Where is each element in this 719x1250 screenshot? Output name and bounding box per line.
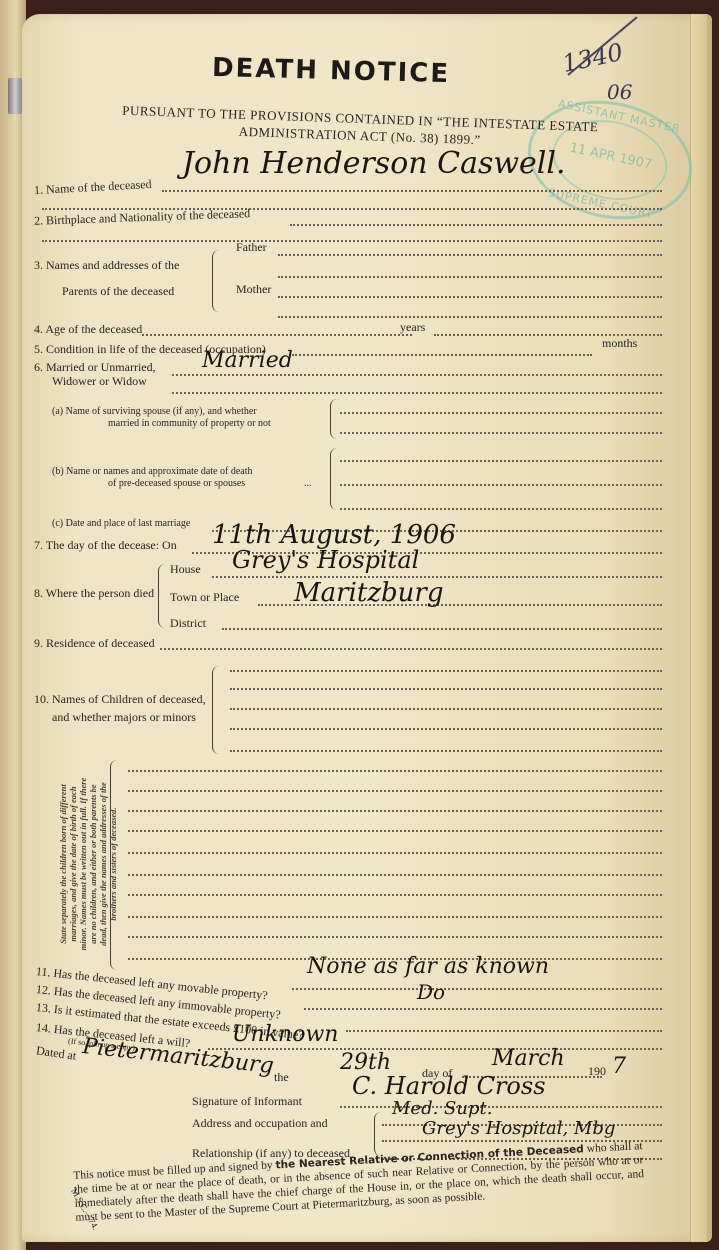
address-value-1[interactable]: Med. Supt. <box>392 1098 492 1119</box>
address-label: Address and occupation and <box>192 1116 328 1131</box>
father-field[interactable] <box>278 254 662 256</box>
signature-field[interactable] <box>340 1106 662 1108</box>
house-label: House <box>170 562 201 577</box>
extra-child-field-2[interactable] <box>128 790 662 792</box>
name-label: 1. Name of the deceased <box>34 177 152 198</box>
immovable-field[interactable] <box>304 1008 662 1010</box>
extra-children-brace <box>110 760 117 970</box>
spouse-b-label-1: (b) Name or names and approximate date o… <box>52 466 252 477</box>
death-notice-page: DEATH NOTICE 1340 06 ASSISTANT MASTER 11… <box>22 14 712 1242</box>
dated-the-label: the <box>274 1070 289 1085</box>
page-edge <box>690 14 708 1242</box>
marital-label-2: Widower or Widow <box>52 374 147 389</box>
where-died-brace <box>158 564 165 628</box>
marital-field[interactable] <box>172 374 662 376</box>
birthplace-field[interactable] <box>290 224 662 226</box>
age-years-field[interactable] <box>142 334 412 336</box>
children-instruction-note: State separately the children born of di… <box>58 774 118 954</box>
mother-label: Mother <box>236 282 271 297</box>
spouse-a-field-2[interactable] <box>340 432 662 434</box>
residence-field[interactable] <box>160 648 662 650</box>
extra-child-field-9[interactable] <box>128 936 662 938</box>
district-field[interactable] <box>222 628 662 630</box>
dated-month[interactable]: March <box>492 1046 565 1071</box>
spouse-b-field[interactable] <box>340 460 662 462</box>
marital-label-1: 6. Married or Unmarried, <box>34 360 156 375</box>
spouse-b-brace <box>330 448 337 510</box>
parents-label-1: 3. Names and addresses of the <box>34 258 179 273</box>
spouse-b-field-3[interactable] <box>340 508 662 510</box>
movable-field[interactable] <box>292 988 662 990</box>
town-label: Town or Place <box>170 590 239 605</box>
extra-child-field-5[interactable] <box>128 852 662 854</box>
year-suffix[interactable]: 7 <box>612 1054 626 1079</box>
extra-child-field-1[interactable] <box>128 770 662 772</box>
extra-child-field-8[interactable] <box>128 916 662 918</box>
spouse-b-label-2: of pre-deceased spouse or spouses <box>108 478 245 489</box>
residence-label: 9. Residence of deceased <box>34 636 155 651</box>
age-label: 4. Age of the deceased <box>34 322 142 337</box>
marital-field-2[interactable] <box>172 392 662 394</box>
child-field-3[interactable] <box>230 708 662 710</box>
occupation-field[interactable] <box>292 354 592 356</box>
signature-value[interactable]: C. Harold Cross <box>352 1072 546 1100</box>
extra-child-field-4[interactable] <box>128 830 662 832</box>
spouse-a-field[interactable] <box>340 412 662 414</box>
footer-instructions: This notice must be filled up and signed… <box>73 1139 645 1225</box>
spouse-a-label-2: married in community of property or not <box>108 418 271 429</box>
child-field-4[interactable] <box>230 728 662 730</box>
name-field[interactable]: John Henderson Caswell. <box>182 146 566 181</box>
marital-value[interactable]: Married <box>202 348 293 373</box>
child-field-2[interactable] <box>230 688 662 690</box>
extra-child-field-7[interactable] <box>128 894 662 896</box>
mother-field[interactable] <box>278 296 662 298</box>
address-brace <box>374 1112 381 1156</box>
spouse-a-brace <box>330 399 337 439</box>
marriage-c-label: (c) Date and place of last marriage <box>52 518 190 529</box>
parents-label-2: Parents of the deceased <box>62 284 174 299</box>
child-field-1[interactable] <box>230 670 662 672</box>
children-label-2: and whether majors or minors <box>52 710 196 725</box>
birthplace-field-2[interactable] <box>42 240 662 242</box>
page-title: DEATH NOTICE <box>212 53 451 89</box>
house-value[interactable]: Grey's Hospital <box>232 546 419 574</box>
year-prefix: 190 <box>588 1064 606 1079</box>
father-label: Father <box>236 240 267 255</box>
town-value[interactable]: Maritzburg <box>294 578 443 608</box>
children-label-1: 10. Names of Children of deceased, <box>34 692 206 707</box>
extra-child-field-3[interactable] <box>128 810 662 812</box>
address-value-2[interactable]: Grey's Hospital, Mbg <box>422 1118 615 1139</box>
district-label: District <box>170 616 206 631</box>
dated-at-label: Dated at <box>35 1043 77 1063</box>
paper-clip <box>8 78 22 114</box>
spouse-b-field-2[interactable] <box>340 484 662 486</box>
children-brace <box>212 666 219 754</box>
stamp-bottom-text: SUPREME COURT <box>521 181 680 227</box>
day-of-decease-label: 7. The day of the decease: On <box>34 538 177 553</box>
signature-label: Signature of Informant <box>192 1094 302 1109</box>
spouse-b-ellipsis: ... <box>304 478 312 489</box>
where-died-label: 8. Where the person died <box>34 586 154 601</box>
father-field-2[interactable] <box>278 276 662 278</box>
mother-field-2[interactable] <box>278 316 662 318</box>
exceeds-field[interactable] <box>346 1030 662 1032</box>
movable-value[interactable]: None as far as known <box>307 954 549 979</box>
spouse-a-label-1: (a) Name of surviving spouse (if any), a… <box>52 406 257 417</box>
will-value[interactable]: Unknown <box>232 1022 338 1047</box>
parents-brace <box>212 250 219 312</box>
immovable-value[interactable]: Do <box>417 980 445 1004</box>
months-label: months <box>602 336 637 351</box>
child-field-5[interactable] <box>230 750 662 752</box>
name-dotted-line <box>162 190 662 192</box>
years-label: years <box>400 320 425 335</box>
extra-child-field-6[interactable] <box>128 874 662 876</box>
will-field[interactable] <box>208 1048 662 1050</box>
